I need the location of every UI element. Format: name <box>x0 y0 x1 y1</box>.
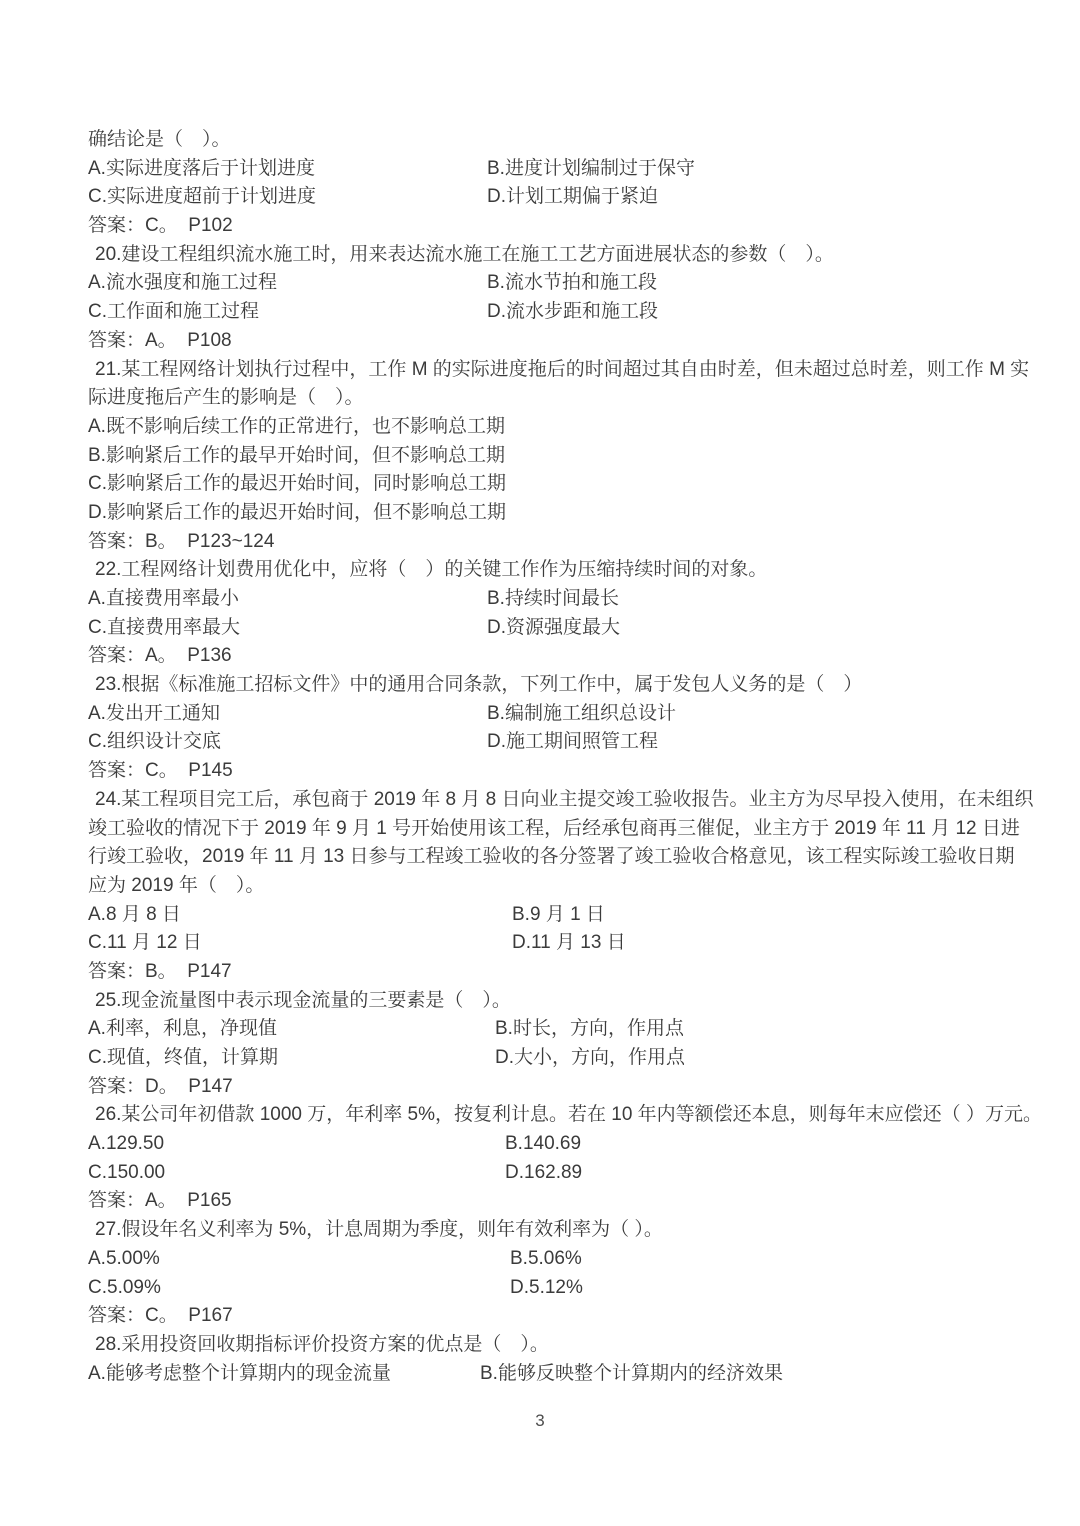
options-row: C.实际进度超前于计划进度 D.计划工期偏于紧迫 <box>88 183 990 212</box>
option-b: B.时长，方向，作用点 <box>495 1015 684 1044</box>
question-28: 28.采用投资回收期指标评价投资方案的优点是（ ）。 A.能够考虑整个计算期内的… <box>88 1331 990 1388</box>
option-c: C.5.09% <box>88 1274 161 1303</box>
options-row: A.流水强度和施工过程 B.流水节拍和施工段 <box>88 269 990 298</box>
answer-line: 答案：B。 P147 <box>88 958 990 987</box>
answer-line: 答案：A。 P165 <box>88 1187 990 1216</box>
answer-line: 答案：B。 P123~124 <box>88 528 990 557</box>
options-row: D.影响紧后工作的最迟开始时间，但不影响总工期 <box>88 499 990 528</box>
question-stem: 27.假设年名义利率为 5%，计息周期为季度，则年有效利率为（ ）。 <box>88 1216 990 1245</box>
question-stem: 确结论是（ ）。 <box>88 126 990 155</box>
option-a: A.能够考虑整个计算期内的现金流量 <box>88 1360 391 1389</box>
options-row: A.直接费用率最小 B.持续时间最长 <box>88 585 990 614</box>
question-22: 22.工程网络计划费用优化中，应将（ ）的关键工作作为压缩持续时间的对象。 A.… <box>88 556 990 671</box>
option-b: B.持续时间最长 <box>487 585 619 614</box>
option-d: D.5.12% <box>510 1274 583 1303</box>
question-24: 24.某工程项目完工后，承包商于 2019 年 8 月 8 日向业主提交竣工验收… <box>88 786 990 987</box>
option-d: D.162.89 <box>505 1159 582 1188</box>
question-stem: 际进度拖后产生的影响是（ ）。 <box>88 384 990 413</box>
question-19: 确结论是（ ）。 A.实际进度落后于计划进度 B.进度计划编制过于保守 C.实际… <box>88 126 990 241</box>
option-b: B.进度计划编制过于保守 <box>487 155 695 184</box>
option-c: C.直接费用率最大 <box>88 614 240 643</box>
options-row: A.129.50 B.140.69 <box>88 1130 990 1159</box>
options-row: C.150.00 D.162.89 <box>88 1159 990 1188</box>
options-row: A.实际进度落后于计划进度 B.进度计划编制过于保守 <box>88 155 990 184</box>
option-a: A.5.00% <box>88 1245 160 1274</box>
answer-line: 答案：C。 P167 <box>88 1302 990 1331</box>
option-c: C.影响紧后工作的最迟开始时间，同时影响总工期 <box>88 470 506 499</box>
option-d: D.大小，方向，作用点 <box>495 1044 685 1073</box>
options-row: C.工作面和施工过程 D.流水步距和施工段 <box>88 298 990 327</box>
option-b: B.140.69 <box>505 1130 581 1159</box>
option-d: D.计划工期偏于紧迫 <box>487 183 658 212</box>
options-row: C.11 月 12 日 D.11 月 13 日 <box>88 929 990 958</box>
options-row: A.既不影响后续工作的正常进行，也不影响总工期 <box>88 413 990 442</box>
option-b: B.9 月 1 日 <box>512 901 605 930</box>
question-stem: 25.现金流量图中表示现金流量的三要素是（ ）。 <box>88 987 990 1016</box>
question-stem: 23.根据《标准施工招标文件》中的通用合同条款，下列工作中，属于发包人义务的是（… <box>88 671 990 700</box>
option-b: B.影响紧后工作的最早开始时间，但不影响总工期 <box>88 442 505 471</box>
document-page: 确结论是（ ）。 A.实际进度落后于计划进度 B.进度计划编制过于保守 C.实际… <box>0 0 1080 1526</box>
option-a: A.利率，利息，净现值 <box>88 1015 277 1044</box>
question-stem: 竣工验收的情况下于 2019 年 9 月 1 号开始使用该工程，后经承包商再三催… <box>88 815 990 844</box>
question-stem: 24.某工程项目完工后，承包商于 2019 年 8 月 8 日向业主提交竣工验收… <box>88 786 990 815</box>
options-row: A.5.00% B.5.06% <box>88 1245 990 1274</box>
option-a: A.实际进度落后于计划进度 <box>88 155 315 184</box>
options-row: A.能够考虑整个计算期内的现金流量 B.能够反映整个计算期内的经济效果 <box>88 1360 990 1389</box>
answer-line: 答案：A。 P136 <box>88 642 990 671</box>
option-c: C.组织设计交底 <box>88 728 221 757</box>
question-20: 20.建设工程组织流水施工时，用来表达流水施工在施工工艺方面进展状态的参数（ ）… <box>88 241 990 356</box>
option-a: A.发出开工通知 <box>88 700 220 729</box>
options-row: C.直接费用率最大 D.资源强度最大 <box>88 614 990 643</box>
answer-line: 答案：D。 P147 <box>88 1073 990 1102</box>
options-row: C.5.09% D.5.12% <box>88 1274 990 1303</box>
answer-line: 答案：C。 P102 <box>88 212 990 241</box>
option-c: C.现值，终值，计算期 <box>88 1044 278 1073</box>
option-a: A.8 月 8 日 <box>88 901 181 930</box>
options-row: C.现值，终值，计算期 D.大小，方向，作用点 <box>88 1044 990 1073</box>
question-stem: 行竣工验收，2019 年 11 月 13 日参与工程竣工验收的各分签署了竣工验收… <box>88 843 990 872</box>
options-row: B.影响紧后工作的最早开始时间，但不影响总工期 <box>88 442 990 471</box>
option-a: A.流水强度和施工过程 <box>88 269 277 298</box>
question-stem: 20.建设工程组织流水施工时，用来表达流水施工在施工工艺方面进展状态的参数（ ）… <box>88 241 990 270</box>
questions-list: 确结论是（ ）。 A.实际进度落后于计划进度 B.进度计划编制过于保守 C.实际… <box>88 126 990 1388</box>
option-b: B.编制施工组织总设计 <box>487 700 676 729</box>
question-23: 23.根据《标准施工招标文件》中的通用合同条款，下列工作中，属于发包人义务的是（… <box>88 671 990 786</box>
options-row: A.利率，利息，净现值 B.时长，方向，作用点 <box>88 1015 990 1044</box>
question-stem: 26.某公司年初借款 1000 万，年利率 5%，按复利计息。若在 10 年内等… <box>88 1101 990 1130</box>
option-b: B.5.06% <box>510 1245 582 1274</box>
question-stem: 21.某工程网络计划执行过程中，工作 M 的实际进度拖后的时间超过其自由时差，但… <box>88 356 990 385</box>
question-25: 25.现金流量图中表示现金流量的三要素是（ ）。 A.利率，利息，净现值 B.时… <box>88 987 990 1102</box>
question-26: 26.某公司年初借款 1000 万，年利率 5%，按复利计息。若在 10 年内等… <box>88 1101 990 1216</box>
question-stem: 22.工程网络计划费用优化中，应将（ ）的关键工作作为压缩持续时间的对象。 <box>88 556 990 585</box>
page-number: 3 <box>0 1411 1080 1431</box>
option-a: A.直接费用率最小 <box>88 585 239 614</box>
option-c: C.150.00 <box>88 1159 165 1188</box>
question-stem: 应为 2019 年（ ）。 <box>88 872 990 901</box>
question-21: 21.某工程网络计划执行过程中，工作 M 的实际进度拖后的时间超过其自由时差，但… <box>88 356 990 557</box>
options-row: C.组织设计交底 D.施工期间照管工程 <box>88 728 990 757</box>
option-a: A.129.50 <box>88 1130 164 1159</box>
options-row: C.影响紧后工作的最迟开始时间，同时影响总工期 <box>88 470 990 499</box>
options-row: A.发出开工通知 B.编制施工组织总设计 <box>88 700 990 729</box>
option-d: D.11 月 13 日 <box>512 929 626 958</box>
option-a: A.既不影响后续工作的正常进行，也不影响总工期 <box>88 413 505 442</box>
answer-line: 答案：A。 P108 <box>88 327 990 356</box>
question-27: 27.假设年名义利率为 5%，计息周期为季度，则年有效利率为（ ）。 A.5.0… <box>88 1216 990 1331</box>
question-stem: 28.采用投资回收期指标评价投资方案的优点是（ ）。 <box>88 1331 990 1360</box>
option-c: C.11 月 12 日 <box>88 929 202 958</box>
options-row: A.8 月 8 日 B.9 月 1 日 <box>88 901 990 930</box>
answer-line: 答案：C。 P145 <box>88 757 990 786</box>
option-d: D.流水步距和施工段 <box>487 298 658 327</box>
option-c: C.实际进度超前于计划进度 <box>88 183 316 212</box>
option-d: D.影响紧后工作的最迟开始时间，但不影响总工期 <box>88 499 506 528</box>
option-c: C.工作面和施工过程 <box>88 298 259 327</box>
option-b: B.能够反映整个计算期内的经济效果 <box>480 1360 783 1389</box>
option-d: D.资源强度最大 <box>487 614 620 643</box>
option-b: B.流水节拍和施工段 <box>487 269 657 298</box>
option-d: D.施工期间照管工程 <box>487 728 658 757</box>
